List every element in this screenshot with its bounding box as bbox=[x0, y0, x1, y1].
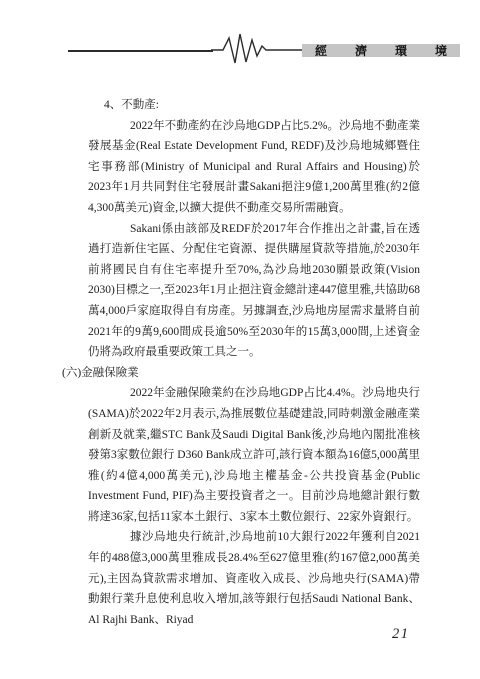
chapter-title-char: 環 bbox=[395, 45, 407, 57]
waveform-icon bbox=[211, 31, 303, 69]
page-number: 21 bbox=[392, 626, 410, 643]
chapter-title-char: 境 bbox=[435, 45, 447, 57]
header-rule bbox=[68, 50, 213, 52]
document-page: 經 濟 環 境 4、不動產: 2022年不動產約在沙烏地GDP占比5.2%。沙烏… bbox=[0, 0, 480, 679]
paragraph: 2022年不動產約在沙烏地GDP占比5.2%。沙烏地不動產業發展基金(Real … bbox=[88, 116, 420, 219]
section-heading: (六)金融保險業 bbox=[62, 363, 420, 384]
paragraph: 據沙烏地央行統計,沙烏地前10大銀行2022年獲利自2021年的488億3,00… bbox=[88, 527, 420, 630]
paragraph: 2022年金融保險業約在沙烏地GDP占比4.4%。沙烏地央行(SAMA)於202… bbox=[88, 383, 420, 527]
chapter-title-char: 經 bbox=[315, 45, 327, 57]
document-body: 4、不動產: 2022年不動產約在沙烏地GDP占比5.2%。沙烏地不動產業發展基… bbox=[62, 95, 420, 630]
chapter-title-char: 濟 bbox=[355, 45, 367, 57]
chapter-title-bar: 經 濟 環 境 bbox=[302, 44, 460, 57]
paragraph: Sakani係由該部及REDF於2017年合作推出之計畫,旨在透過打造新住宅區、… bbox=[88, 219, 420, 363]
numbered-heading: 4、不動產: bbox=[104, 95, 420, 116]
